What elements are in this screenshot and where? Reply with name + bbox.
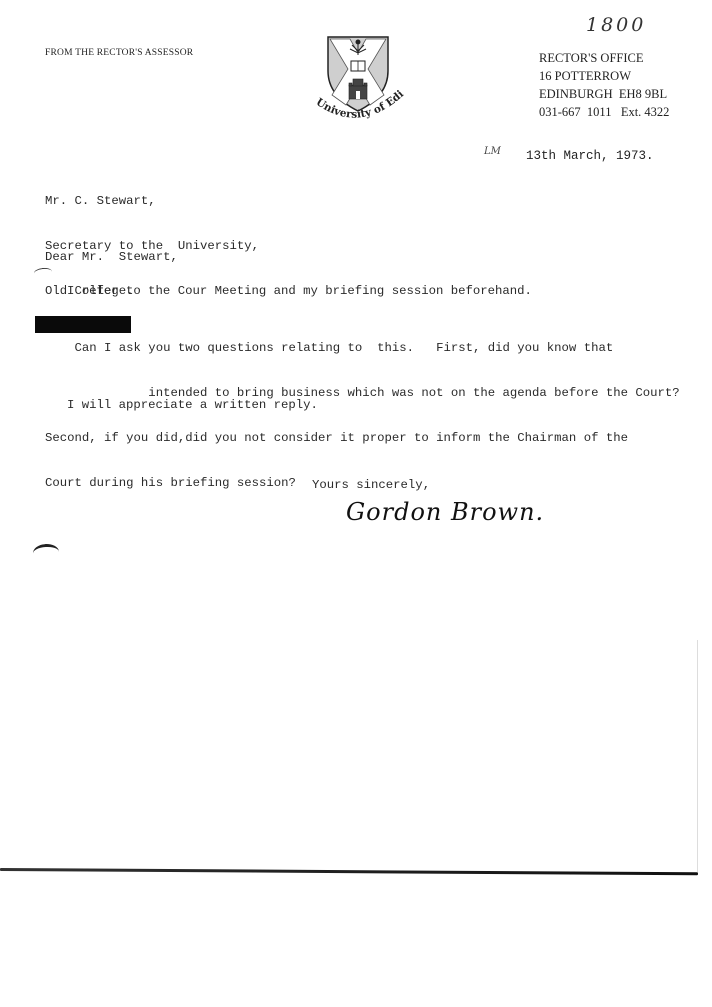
body-paragraph-3: I will appreciate a written reply. (67, 398, 318, 413)
signature: Gordon Brown. (346, 498, 544, 526)
address-line: EDINBURGH EH8 9BL (539, 85, 669, 103)
paragraph-line: Second, if you did,did you not consider … (45, 431, 680, 446)
closing: Yours sincerely, (312, 478, 430, 493)
handwritten-initials: LM (484, 146, 501, 157)
university-crest-icon: University of Edinburgh (306, 33, 410, 125)
redaction-bar (35, 316, 131, 333)
page-edge (697, 640, 698, 872)
salutation: Dear Mr. Stewart, (45, 250, 178, 265)
address-line: RECTOR'S OFFICE (539, 49, 669, 67)
address-line: 16 POTTERROW (539, 67, 669, 85)
hole-punch-mark (32, 543, 59, 562)
handwritten-reference-number: 1800 (586, 14, 646, 36)
address-line: 031-667 1011 Ext. 4322 (539, 103, 669, 121)
recipient-line: Mr. C. Stewart, (45, 194, 259, 209)
sender-address: RECTOR'S OFFICE 16 POTTERROW EDINBURGH E… (539, 49, 669, 121)
page-bottom-edge-line (0, 868, 698, 875)
hole-punch-mark (34, 267, 53, 278)
paragraph-line: Can I ask you two questions relating to … (45, 341, 680, 356)
sender-line: FROM THE RECTOR'S ASSESSOR (45, 48, 193, 58)
body-paragraph-1: I refer to the Cour Meeting and my brief… (67, 284, 532, 299)
letter-date: 13th March, 1973. (526, 149, 654, 164)
